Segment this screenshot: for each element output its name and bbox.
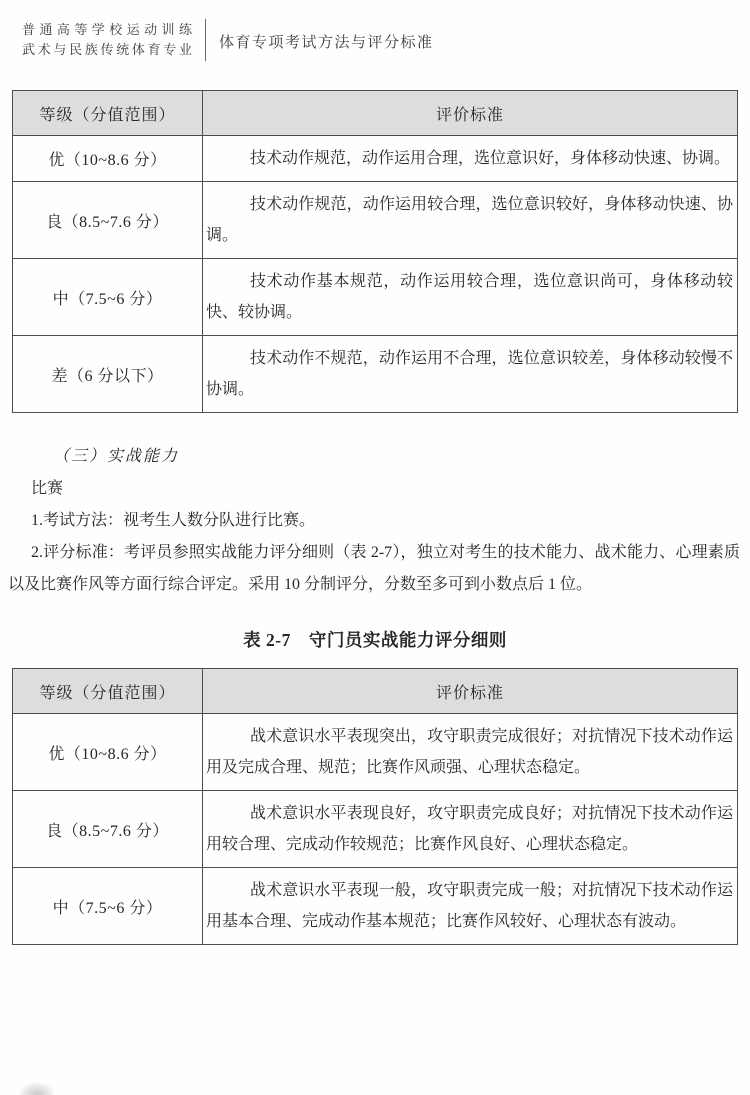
table-header-row: 等级（分值范围） 评价标准 bbox=[13, 669, 738, 714]
column-header-grade: 等级（分值范围） bbox=[13, 91, 203, 136]
grade-cell: 中（7.5~6 分） bbox=[13, 868, 203, 945]
grade-cell: 优（10~8.6 分） bbox=[13, 136, 203, 182]
paragraph-scoring-standard: 2.评分标准：考评员参照实战能力评分细则（表 2-7），独立对考生的技术能力、战… bbox=[8, 537, 740, 601]
table-row: 优（10~8.6 分） 战术意识水平表现突出，攻守职责完成很好；对抗情况下技术动… bbox=[13, 714, 738, 791]
criteria-cell: 技术动作规范，动作运用合理，选位意识好，身体移动快速、协调。 bbox=[203, 136, 738, 182]
section-heading: （三）实战能力 bbox=[8, 441, 740, 473]
criteria-cell: 技术动作基本规范，动作运用较合理，选位意识尚可，身体移动较快、较协调。 bbox=[203, 259, 738, 336]
page-header: 普通高等学校运动训练 武术与民族传统体育专业 体育专项考试方法与评分标准 bbox=[22, 16, 750, 64]
header-divider bbox=[205, 19, 206, 61]
table-row: 差（6 分以下） 技术动作不规范，动作运用不合理，选位意识较差，身体移动较慢不协… bbox=[13, 336, 738, 413]
column-header-criteria: 评价标准 bbox=[203, 91, 738, 136]
goalkeeper-practical-grade-table: 等级（分值范围） 评价标准 优（10~8.6 分） 战术意识水平表现突出，攻守职… bbox=[12, 668, 738, 945]
table-row: 良（8.5~7.6 分） 战术意识水平表现良好，攻守职责完成良好；对抗情况下技术… bbox=[13, 791, 738, 868]
grade-cell: 优（10~8.6 分） bbox=[13, 714, 203, 791]
header-program-name: 普通高等学校运动训练 武术与民族传统体育专业 bbox=[22, 20, 194, 60]
table-row: 中（7.5~6 分） 战术意识水平表现一般，攻守职责完成一般；对抗情况下技术动作… bbox=[13, 868, 738, 945]
column-header-criteria: 评价标准 bbox=[203, 669, 738, 714]
grade-cell: 良（8.5~7.6 分） bbox=[13, 791, 203, 868]
table-row: 良（8.5~7.6 分） 技术动作规范，动作运用较合理，选位意识较好，身体移动快… bbox=[13, 182, 738, 259]
criteria-cell: 战术意识水平表现良好，攻守职责完成良好；对抗情况下技术动作运用较合理、完成动作较… bbox=[203, 791, 738, 868]
criteria-cell: 战术意识水平表现突出，攻守职责完成很好；对抗情况下技术动作运用及完成合理、规范；… bbox=[203, 714, 738, 791]
column-header-grade: 等级（分值范围） bbox=[13, 669, 203, 714]
header-program-line1: 普通高等学校运动训练 bbox=[22, 20, 194, 40]
criteria-cell: 战术意识水平表现一般，攻守职责完成一般；对抗情况下技术动作运用基本合理、完成动作… bbox=[203, 868, 738, 945]
table-row: 中（7.5~6 分） 技术动作基本规范，动作运用较合理，选位意识尚可，身体移动较… bbox=[13, 259, 738, 336]
header-program-line2: 武术与民族传统体育专业 bbox=[22, 40, 194, 60]
grade-cell: 中（7.5~6 分） bbox=[13, 259, 203, 336]
table-header-row: 等级（分值范围） 评价标准 bbox=[13, 91, 738, 136]
technique-grade-table: 等级（分值范围） 评价标准 优（10~8.6 分） 技术动作规范，动作运用合理，… bbox=[12, 90, 738, 413]
criteria-cell: 技术动作不规范，动作运用不合理，选位意识较差，身体移动较慢不协调。 bbox=[203, 336, 738, 413]
page-artifact-smudge bbox=[20, 1083, 54, 1095]
section-practical-ability: （三）实战能力 比赛 1.考试方法：视考生人数分队进行比赛。 2.评分标准：考评… bbox=[8, 441, 740, 601]
grade-cell: 差（6 分以下） bbox=[13, 336, 203, 413]
header-document-title: 体育专项考试方法与评分标准 bbox=[219, 29, 434, 52]
table2-caption: 表 2-7 守门员实战能力评分细则 bbox=[0, 627, 750, 652]
criteria-cell: 技术动作规范，动作运用较合理，选位意识较好，身体移动快速、协调。 bbox=[203, 182, 738, 259]
grade-cell: 良（8.5~7.6 分） bbox=[13, 182, 203, 259]
section-subheading: 比赛 bbox=[8, 473, 740, 505]
table-row: 优（10~8.6 分） 技术动作规范，动作运用合理，选位意识好，身体移动快速、协… bbox=[13, 136, 738, 182]
paragraph-exam-method: 1.考试方法：视考生人数分队进行比赛。 bbox=[8, 505, 740, 537]
